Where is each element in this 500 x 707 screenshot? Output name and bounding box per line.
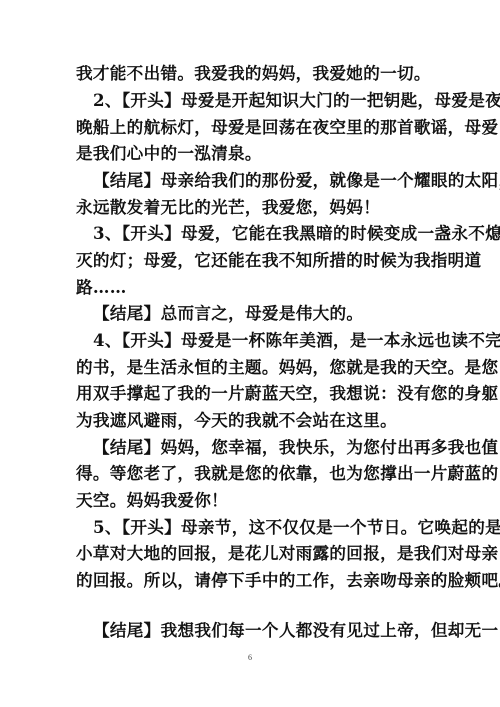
text-line: 小草对大地的回报，是花儿对雨露的回报，是我们对母亲 [76, 543, 426, 563]
text-line: 晚船上的航标灯，母爱是回荡在夜空里的那首歌谣，母爱 [76, 117, 426, 137]
text-line: 【结尾】妈妈，您幸福，我快乐，为您付出再多我也值 [93, 437, 443, 457]
page-number: 6 [0, 653, 500, 662]
text-line: 为我遮风避雨，今天的我就不会站在这里。 [76, 410, 426, 430]
text-line: 3、【开头】母爱，它能在我黑暗的时候变成一盏永不熄 [93, 223, 443, 243]
text-line: 【结尾】母亲给我们的那份爱，就像是一个耀眼的太阳， [93, 170, 443, 190]
text-line: 的书，是生活永恒的主题。妈妈，您就是我的天空。是您 [76, 357, 426, 377]
text-line: 天空。妈妈我爱你！ [76, 490, 426, 510]
text-line: 2、【开头】母爱是开起知识大门的一把钥匙，母爱是夜 [93, 90, 443, 110]
text-line: 4、【开头】母爱是一杯陈年美酒，是一本永远也读不完 [93, 330, 443, 350]
text-line: 【结尾】总而言之，母爱是伟大的。 [93, 303, 443, 323]
text-line: 5、【开头】母亲节，这不仅仅是一个节日。它唤起的是 [93, 517, 443, 537]
text-line: 是我们心中的一泓清泉。 [76, 143, 426, 163]
text-line: 我才能不出错。我爱我的妈妈，我爱她的一切。 [76, 63, 426, 83]
text-line: 永远散发着无比的光芒，我爱您，妈妈！ [76, 197, 426, 217]
document-page: 我才能不出错。我爱我的妈妈，我爱她的一切。 2、【开头】母爱是开起知识大门的一把… [0, 0, 500, 707]
text-line: 的回报。所以，请停下手中的工作，去亲吻母亲的脸颊吧。 [76, 570, 426, 590]
text-line: 灭的灯；母爱，它还能在我不知所措的时候为我指明道 [76, 250, 426, 270]
text-line: 用双手撑起了我的一片蔚蓝天空，我想说：没有您的身躯 [76, 383, 426, 403]
text-line: 【结尾】我想我们每一个人都没有见过上帝，但却无一 [93, 620, 443, 640]
text-line: 路…… [76, 277, 426, 297]
text-line: 得。等您老了，我就是您的依靠，也为您撑出一片蔚蓝的 [76, 463, 426, 483]
